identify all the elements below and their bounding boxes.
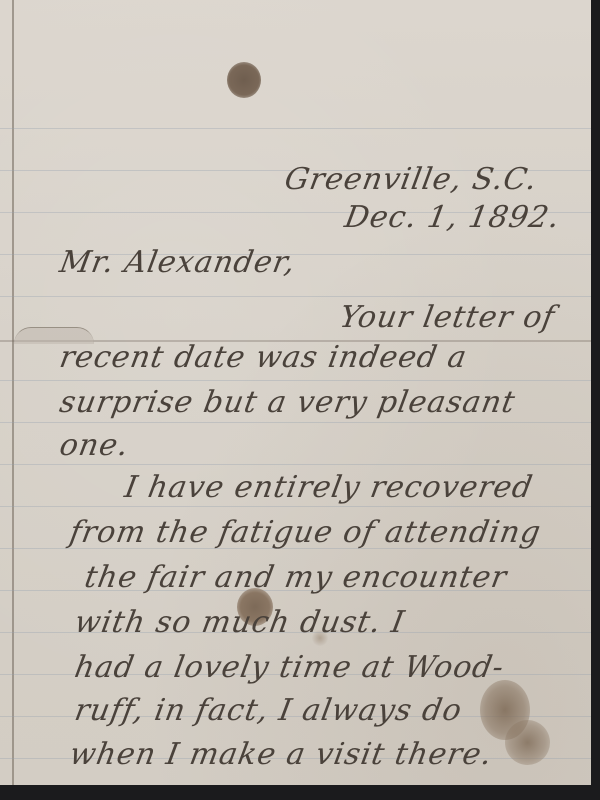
letter-salutation: Mr. Alexander,: [57, 245, 299, 280]
ruled-line: [0, 380, 591, 381]
ruled-line: [0, 464, 591, 465]
ruled-line: [0, 296, 591, 297]
ruled-line: [0, 506, 591, 507]
letter-place: Greenville, S.C.: [282, 162, 540, 197]
letter-line: Your letter of: [337, 300, 558, 335]
letter-line: ruff, in fact, I always do: [72, 693, 465, 728]
letter-line: one.: [57, 428, 132, 463]
letter-line: I have entirely recovered: [122, 470, 536, 505]
letter-line: when I make a visit there.: [67, 737, 495, 772]
letter-line: surprise but a very pleasant: [57, 385, 518, 420]
ruled-line: [0, 422, 591, 423]
letter-line: recent date was indeed a: [57, 340, 470, 375]
letter-page: Greenville, S.C. Dec. 1, 1892. Mr. Alexa…: [0, 0, 591, 785]
water-stain: [505, 720, 550, 765]
ink-stain: [227, 62, 261, 98]
letter-line: the fair and my encounter: [82, 560, 510, 595]
letter-line: with so much dust. I: [72, 605, 408, 640]
margin-line: [12, 0, 14, 785]
letter-date: Dec. 1, 1892.: [342, 200, 563, 235]
letter-line: from the fatigue of attending: [67, 515, 544, 550]
ruled-line: [0, 128, 591, 129]
letter-line: had a lovely time at Wood-: [72, 650, 507, 685]
